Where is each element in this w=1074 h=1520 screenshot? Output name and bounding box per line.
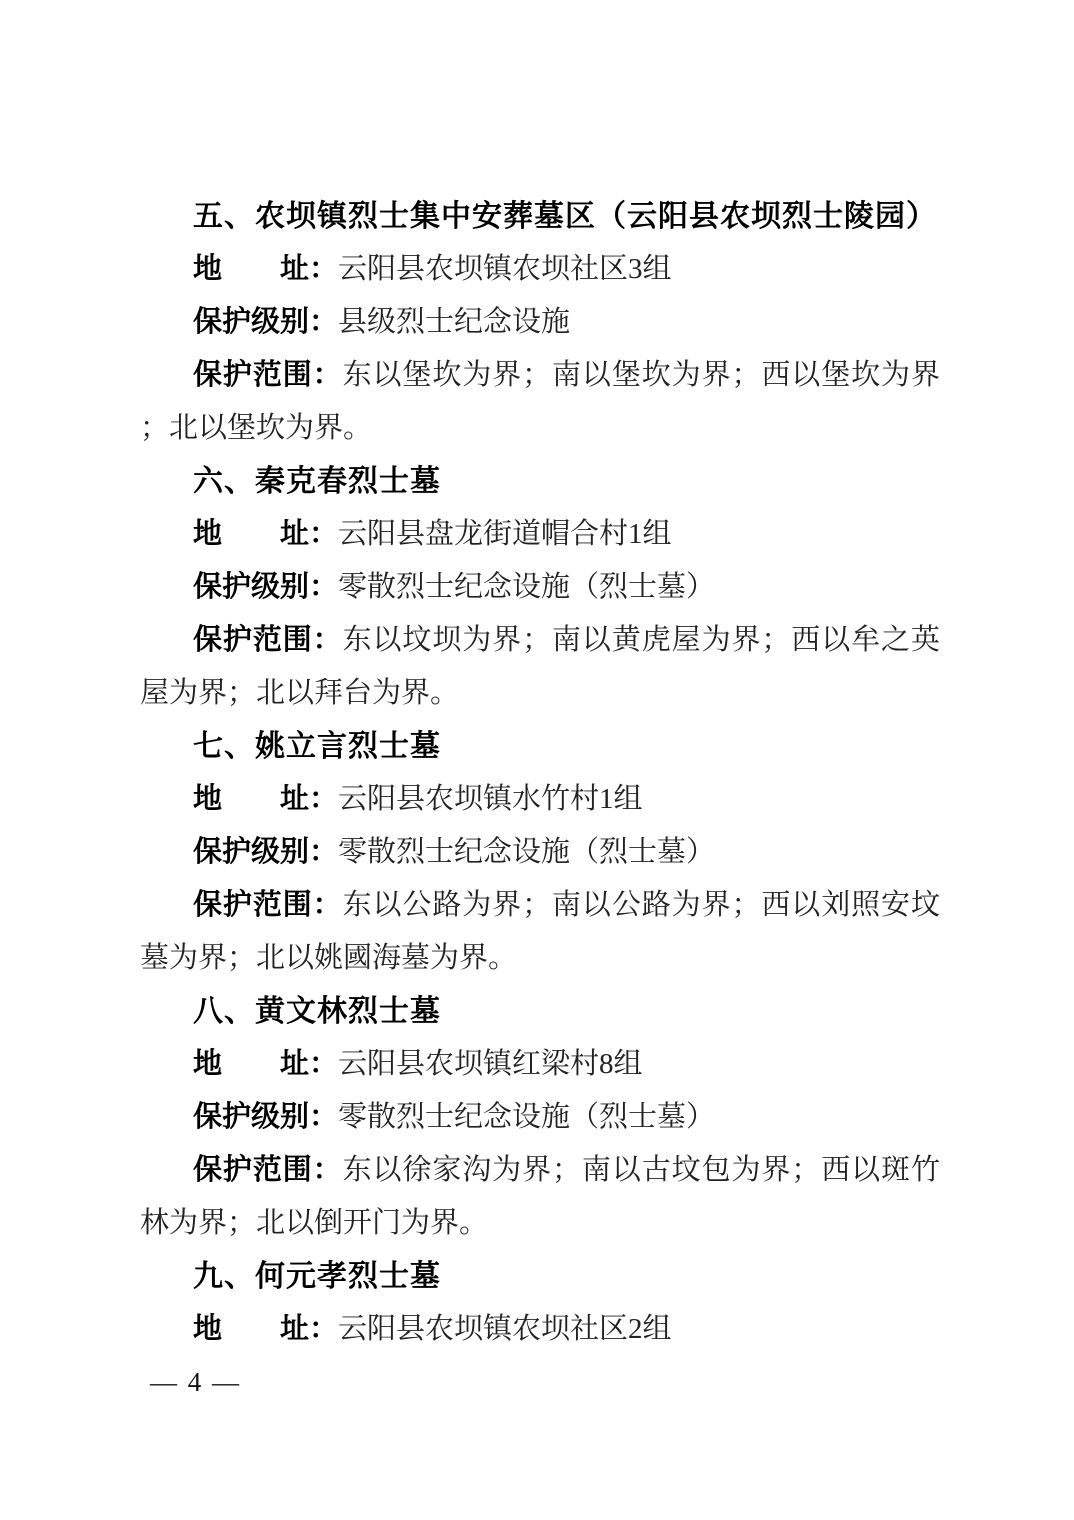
protection-level-row: 保护级别：零散烈士纪念设施（烈士墓） <box>140 1091 940 1144</box>
protection-level-value: 零散烈士纪念设施（烈士墓） <box>338 836 715 868</box>
address-label: 地 址： <box>193 518 338 550</box>
section-6-qinkechun-tomb: 六、秦克春烈士墓 地 址：云阳县盘龙街道帽合村1组 保护级别：零散烈士纪念设施（… <box>140 455 940 720</box>
protection-scope-row: 保护范围：东以徐家沟为界；南以古坟包为界；西以斑竹林为界；北以倒开门为界。 <box>140 1144 940 1250</box>
address-label: 地 址： <box>193 253 338 285</box>
protection-level-value: 县级烈士纪念设施 <box>338 306 570 338</box>
document-page: 五、农坝镇烈士集中安葬墓区（云阳县农坝烈士陵园） 地 址：云阳县农坝镇农坝社区3… <box>0 0 1074 1520</box>
section-9-heyuanxiao-tomb: 九、何元孝烈士墓 地 址：云阳县农坝镇农坝社区2组 <box>140 1250 940 1356</box>
address-label: 地 址： <box>193 1313 338 1345</box>
protection-level-label: 保护级别： <box>193 571 338 603</box>
protection-scope-row: 保护范围：东以坟坝为界；南以黄虎屋为界；西以牟之英屋为界；北以拜台为界。 <box>140 614 940 720</box>
address-row: 地 址：云阳县农坝镇红梁村8组 <box>140 1038 940 1091</box>
address-row: 地 址：云阳县盘龙街道帽合村1组 <box>140 508 940 561</box>
section-5-nongba-cemetery: 五、农坝镇烈士集中安葬墓区（云阳县农坝烈士陵园） 地 址：云阳县农坝镇农坝社区3… <box>140 190 940 455</box>
address-row: 地 址：云阳县农坝镇农坝社区2组 <box>140 1303 940 1356</box>
address-value: 云阳县农坝镇水竹村1组 <box>338 783 643 815</box>
protection-scope-label: 保护范围： <box>193 624 343 656</box>
address-label: 地 址： <box>193 1048 338 1080</box>
section-heading: 六、秦克春烈士墓 <box>140 455 940 508</box>
address-value: 云阳县农坝镇农坝社区2组 <box>338 1313 672 1345</box>
section-heading: 五、农坝镇烈士集中安葬墓区（云阳县农坝烈士陵园） <box>140 190 940 243</box>
section-heading: 七、姚立言烈士墓 <box>140 720 940 773</box>
protection-scope-label: 保护范围： <box>193 889 343 921</box>
protection-scope-row: 保护范围：东以公路为界；南以公路为界；西以刘照安坟墓为界；北以姚國海墓为界。 <box>140 879 940 985</box>
protection-scope-label: 保护范围： <box>193 1154 343 1186</box>
document-body: 五、农坝镇烈士集中安葬墓区（云阳县农坝烈士陵园） 地 址：云阳县农坝镇农坝社区3… <box>140 190 940 1356</box>
address-row: 地 址：云阳县农坝镇农坝社区3组 <box>140 243 940 296</box>
protection-level-row: 保护级别：县级烈士纪念设施 <box>140 296 940 349</box>
protection-level-row: 保护级别：零散烈士纪念设施（烈士墓） <box>140 826 940 879</box>
protection-level-row: 保护级别：零散烈士纪念设施（烈士墓） <box>140 561 940 614</box>
address-value: 云阳县农坝镇红梁村8组 <box>338 1048 643 1080</box>
section-heading: 八、黄文林烈士墓 <box>140 985 940 1038</box>
protection-scope-label: 保护范围： <box>193 359 343 391</box>
protection-level-value: 零散烈士纪念设施（烈士墓） <box>338 1101 715 1133</box>
address-value: 云阳县盘龙街道帽合村1组 <box>338 518 672 550</box>
address-value: 云阳县农坝镇农坝社区3组 <box>338 253 672 285</box>
protection-level-label: 保护级别： <box>193 306 338 338</box>
section-heading: 九、何元孝烈士墓 <box>140 1250 940 1303</box>
protection-level-value: 零散烈士纪念设施（烈士墓） <box>338 571 715 603</box>
address-row: 地 址：云阳县农坝镇水竹村1组 <box>140 773 940 826</box>
page-number: — 4 — <box>150 1366 241 1398</box>
protection-level-label: 保护级别： <box>193 836 338 868</box>
address-label: 地 址： <box>193 783 338 815</box>
protection-level-label: 保护级别： <box>193 1101 338 1133</box>
section-8-huangwenlin-tomb: 八、黄文林烈士墓 地 址：云阳县农坝镇红梁村8组 保护级别：零散烈士纪念设施（烈… <box>140 985 940 1250</box>
section-7-yaoliyan-tomb: 七、姚立言烈士墓 地 址：云阳县农坝镇水竹村1组 保护级别：零散烈士纪念设施（烈… <box>140 720 940 985</box>
protection-scope-row: 保护范围：东以堡坎为界；南以堡坎为界；西以堡坎为界；北以堡坎为界。 <box>140 349 940 455</box>
